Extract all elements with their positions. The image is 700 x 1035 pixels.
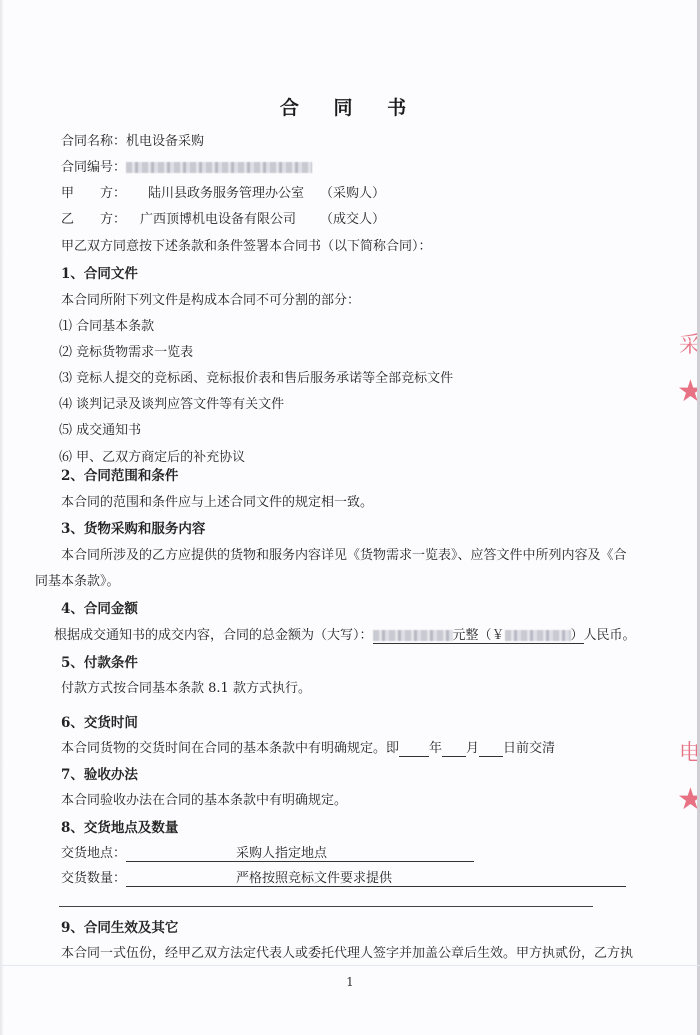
section-4-heading: 4、合同金额 [61, 597, 138, 617]
contract-number-redacted [126, 162, 312, 173]
section-1-item-3: ⑶ 竞标人提交的竞标函、竞标报价表和售后服务承诺等全部竞标文件 [59, 367, 453, 386]
delivery-place-value: 采购人指定地点 [236, 846, 327, 861]
amount-prefix: 根据成交通知书的成交内容，合同的总金额为（大写）： [54, 628, 373, 643]
party-b-line: 乙 方：广西顶博机电设备有限公司（成交人） [61, 208, 385, 227]
delivery-quantity-line: 交货数量：严格按照竞标文件要求提供 [61, 867, 626, 887]
section-3-text-line-1: 本合同所涉及的乙方应提供的货物和服务内容详见《货物需求一览表》、应答文件中所列内… [61, 544, 627, 563]
section-2-heading: 2、合同范围和条件 [61, 464, 178, 484]
section-8-heading: 8、交货地点及数量 [61, 816, 178, 836]
amount-end: ） [571, 628, 584, 643]
section-1-item-1: ⑴ 合同基本条款 [59, 315, 154, 334]
contract-number-label: 合同编号： [61, 160, 126, 175]
delivery-day-label: 日前交清 [503, 741, 555, 756]
party-a-label: 甲 方： [61, 186, 126, 201]
delivery-year-label: 年 [429, 741, 442, 756]
delivery-quantity-value: 严格按照竞标文件要求提供 [236, 871, 392, 886]
section-7-text: 本合同验收办法在合同的基本条款中有明确规定。 [61, 789, 347, 808]
page-number: 1 [0, 975, 700, 989]
contract-name-label: 合同名称： [61, 134, 126, 149]
delivery-place-label: 交货地点： [61, 846, 126, 861]
contract-number-line: 合同编号： [61, 156, 312, 175]
delivery-place-line: 交货地点：采购人指定地点 [61, 842, 474, 862]
section-1-heading: 1、合同文件 [61, 262, 138, 282]
amount-words-redacted [373, 630, 453, 641]
section-1-item-5: ⑸ 成交通知书 [59, 419, 141, 438]
section-6-heading: 6、交货时间 [61, 711, 138, 731]
party-a-role: （采购人） [320, 186, 385, 201]
delivery-quantity-field: 严格按照竞标文件要求提供 [126, 867, 626, 887]
contract-name-value: 机电设备采购 [126, 134, 204, 149]
blank-fill-line [59, 906, 593, 907]
red-seal-stamp-bottom: 电 ★ [675, 735, 697, 885]
section-1-item-2: ⑵ 竞标货物需求一览表 [59, 341, 193, 360]
party-b-name: 广西顶博机电设备有限公司 [140, 212, 296, 227]
section-3-heading: 3、货物采购和服务内容 [61, 517, 205, 537]
party-a-line: 甲 方：陆川县政务服务管理办公室（采购人） [61, 182, 385, 201]
delivery-month-blank [442, 741, 466, 757]
footer-rule [0, 965, 700, 966]
document-title: 合 同 书 [0, 93, 700, 120]
section-7-heading: 7、验收办法 [61, 763, 138, 783]
amount-mid: 元整（￥ [453, 628, 505, 643]
intro-line: 甲乙双方同意按下述条款和条件签署本合同书（以下简称合同）： [61, 235, 432, 254]
delivery-place-field: 采购人指定地点 [126, 842, 474, 862]
section-5-text: 付款方式按合同基本条款 8.1 款方式执行。 [61, 677, 311, 696]
section-1-item-6: ⑹ 甲、乙双方商定后的补充协议 [59, 446, 245, 465]
delivery-year-blank [399, 741, 429, 757]
section-6-text: 本合同货物的交货时间在合同的基本条款中有明确规定。即 年 月 日前交清 [61, 737, 555, 757]
section-9-heading: 9、合同生效及其它 [61, 916, 178, 936]
section-1-item-4: ⑷ 谈判记录及谈判应答文件等有关文件 [59, 393, 284, 412]
section-1-text: 本合同所附下列文件是构成本合同不可分割的部分： [61, 289, 360, 308]
contract-page: 合 同 书 合同名称：机电设备采购 合同编号： 甲 方：陆川县政务服务管理办公室… [0, 0, 700, 1035]
contract-name-line: 合同名称：机电设备采购 [61, 130, 204, 149]
amount-suffix: 人民币。 [584, 628, 636, 643]
party-b-role: （成交人） [320, 212, 385, 227]
page-left-edge [0, 0, 4, 1035]
amount-field: 元整（￥） [373, 624, 584, 644]
section-2-text: 本合同的范围和条件应与上述合同文件的规定相一致。 [61, 491, 373, 510]
section-4-amount-line: 根据成交通知书的成交内容，合同的总金额为（大写）：元整（￥）人民币。 [54, 624, 636, 644]
delivery-time-prefix: 本合同货物的交货时间在合同的基本条款中有明确规定。即 [61, 741, 399, 756]
section-5-heading: 5、付款条件 [61, 651, 138, 671]
delivery-month-label: 月 [466, 741, 479, 756]
party-b-label: 乙 方： [61, 212, 126, 227]
section-3-text-line-2: 同基本条款》。 [35, 570, 120, 589]
delivery-quantity-label: 交货数量： [61, 871, 126, 886]
party-a-name: 陆川县政务服务管理办公室 [148, 186, 304, 201]
red-seal-stamp-top: 采 ★ [675, 325, 697, 495]
delivery-day-blank [479, 741, 503, 757]
amount-figures-redacted [505, 630, 571, 641]
section-9-text: 本合同一式伍份，经甲乙双方法定代表人或委托代理人签字并加盖公章后生效。甲方执贰份… [61, 942, 633, 961]
